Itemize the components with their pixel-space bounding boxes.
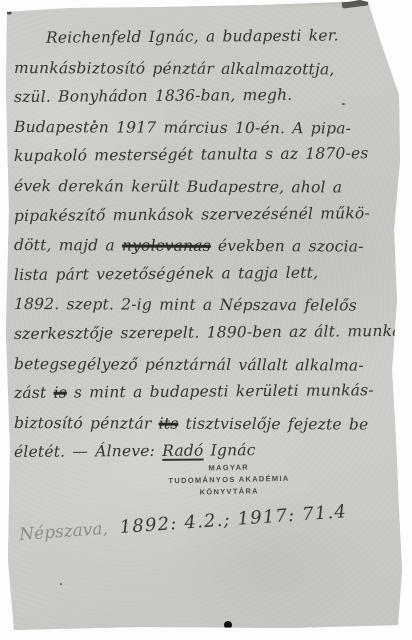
manuscript-line: pipakészítő munkások szervezésénél műkö- — [14, 199, 398, 232]
line-text: zást — [14, 384, 54, 402]
paper-speck — [60, 583, 62, 585]
punch-hole-dot — [224, 621, 232, 629]
manuscript-line: lista párt vezetőségének a tagja lett, — [14, 258, 398, 291]
handwritten-text-block: Reichenfeld Ignác, a budapesti ker. munk… — [14, 24, 398, 468]
pencil-source-title: Népszava, — [19, 519, 109, 545]
manuscript-line: Reichenfeld Ignác, a budapesti ker. — [14, 21, 398, 54]
line-text: tisztviselője fejezte be — [178, 414, 368, 433]
line-text: dött, majd a — [14, 236, 122, 254]
line-text: Ignác — [203, 441, 255, 459]
line-text: pipakészítő munkások szervezésénél műkö- — [14, 204, 370, 225]
line-text: biztosító pénztár — [14, 414, 159, 433]
line-text: s mint a budapesti kerületi munkás- — [67, 381, 374, 401]
line-text: Reichenfeld Ignác, a budapesti ker. — [46, 26, 339, 46]
underlined-pseudonym: Radó — [162, 442, 203, 460]
line-text: szerkesztője szerepelt. 1890-ben az ált.… — [14, 322, 412, 343]
scan-canvas: Reichenfeld Ignác, a budapesti ker. munk… — [0, 0, 412, 640]
paper: Reichenfeld Ignác, a budapesti ker. munk… — [0, 0, 412, 640]
line-text: szül. Bonyhádon 1836-ban, megh. — [14, 86, 292, 106]
manuscript-line: szül. Bonyhádon 1836-ban, megh. — [14, 80, 398, 113]
line-text: munkásbiztosító pénztár alkalmazottja, — [14, 59, 335, 78]
line-text: Budapesten 1917 március 10-én. A pipa- — [14, 118, 351, 137]
scan-edge-shadow — [0, 0, 6, 430]
line-text: lista párt vezetőségének a tagja lett, — [14, 263, 318, 283]
strikethrough-text: is — [53, 384, 66, 402]
line-text: 1892. szept. 2-ig mint a Népszava felelő… — [14, 295, 357, 314]
line-text: kupakoló mesterségét tanulta s az 1870-e… — [14, 145, 369, 166]
manuscript-line: zást is s mint a budapesti kerületi munk… — [14, 376, 398, 409]
manuscript-line: szerkesztője szerepelt. 1890-ben az ált.… — [14, 317, 398, 350]
line-text: életét. — Álneve: — [14, 442, 162, 461]
torn-corner-mark — [342, 0, 369, 9]
edge-mark — [0, 4, 13, 15]
manuscript-line: kupakoló mesterségét tanulta s az 1870-e… — [14, 139, 398, 172]
strikethrough-text: nyolcvanas — [122, 237, 211, 255]
catalog-reference-note: Népszava,1892: 4.2.; 1917: 71.4 — [19, 501, 348, 545]
line-text: években a szocia- — [211, 237, 364, 256]
line-text: évek derekán került Budapestre, ahol a — [14, 177, 342, 196]
library-stamp: MAGYAR TUDOMÁNYOS AKADÉMIA KÖNYVTÁRA — [155, 460, 304, 499]
strikethrough-text: its — [159, 414, 179, 432]
ink-reference-numbers: 1892: 4.2.; 1917: 71.4 — [119, 501, 348, 538]
line-text: betegsegélyező pénztárnál vállalt alkalm… — [14, 355, 364, 375]
